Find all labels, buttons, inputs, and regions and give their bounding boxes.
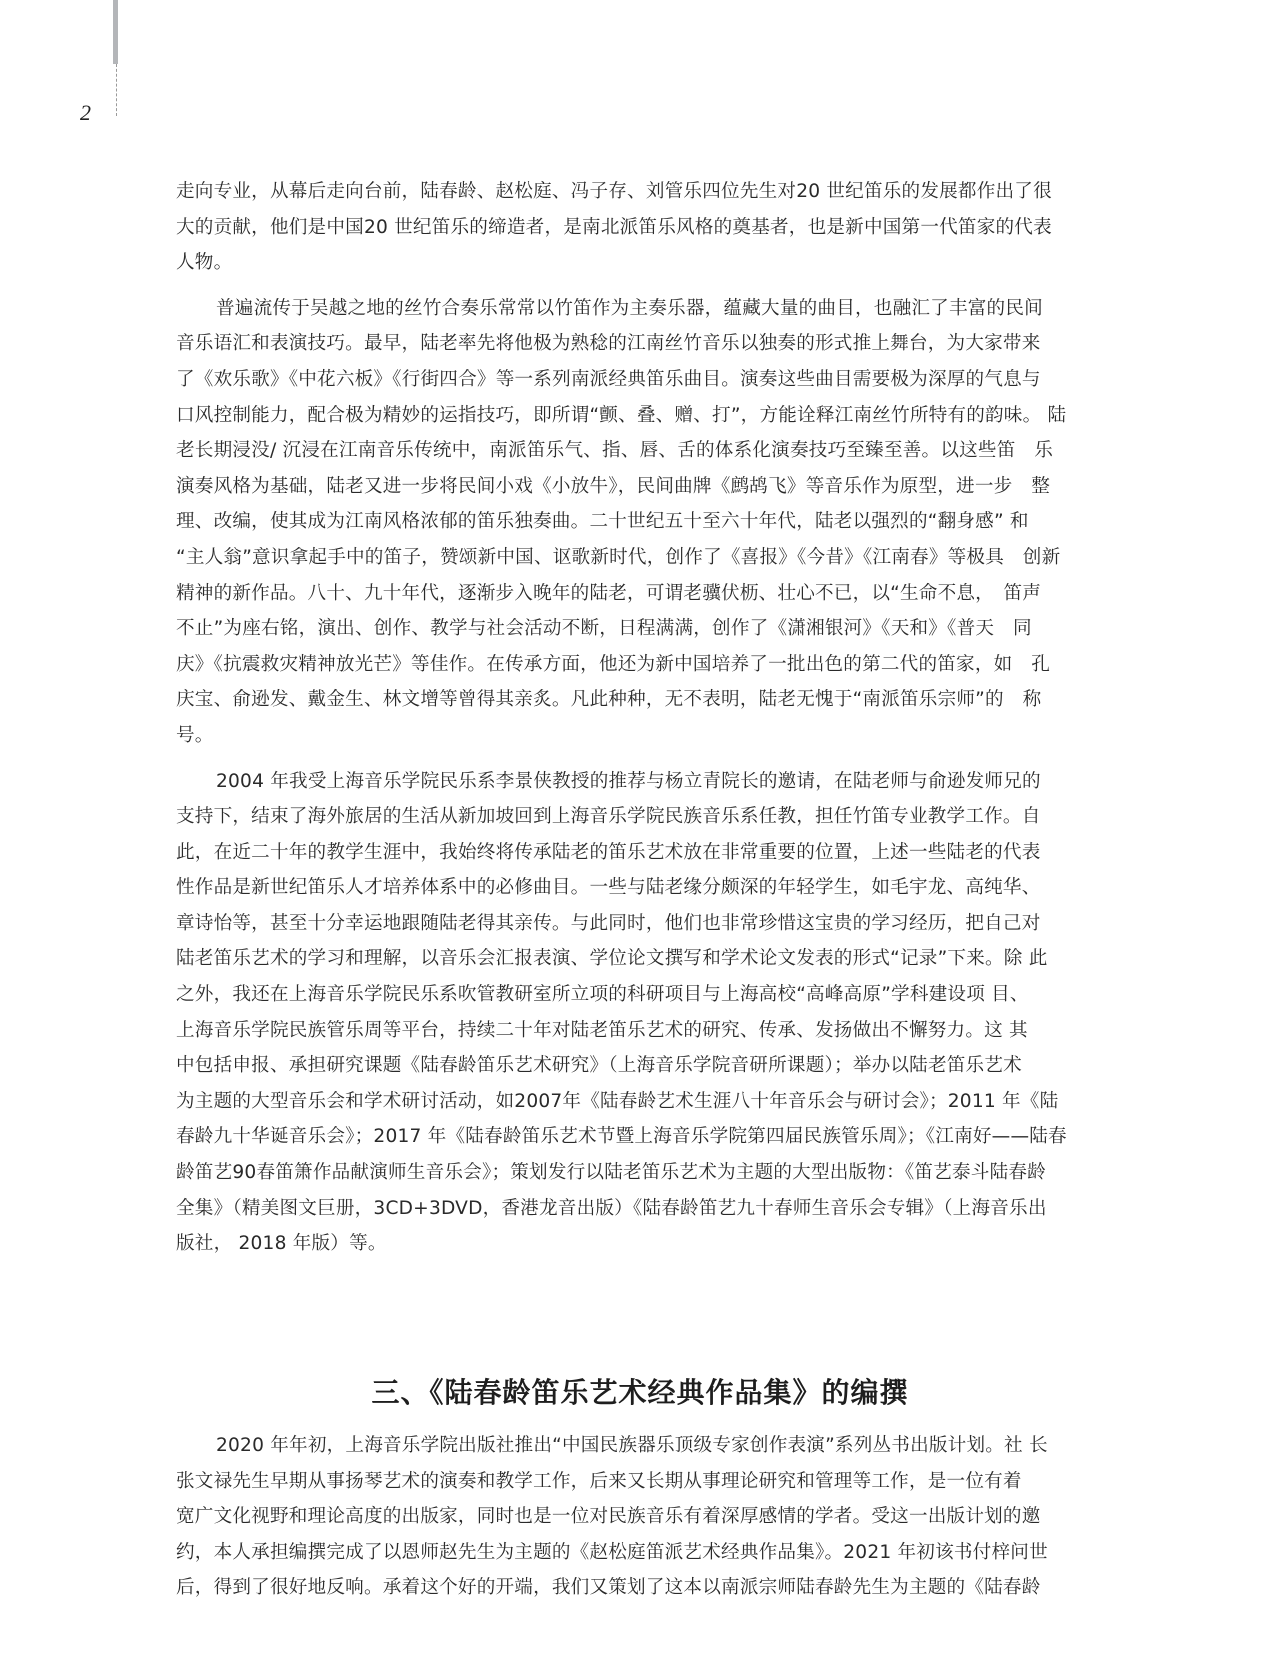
- section-body-text: 2020 年年初，上海音乐学院出版社推出“中国民族器乐顶级专家创作表演”系列丛书…: [176, 1428, 1106, 1606]
- text-line: 此，在近二十年的教学生涯中，我始终将传承陆老的笛乐艺术放在非常重要的位置，上述一…: [176, 835, 1106, 871]
- paragraph-1-continued: 走向专业，从幕后走向台前，陆春龄、赵松庭、冯子存、刘管乐四位先生对20 世纪笛乐…: [176, 174, 1106, 281]
- text-line: 老长期浸没/ 沉浸在江南音乐传统中，南派笛乐气、指、唇、舌的体系化演奏技巧至臻至…: [176, 433, 1106, 469]
- text-line: 2020 年年初，上海音乐学院出版社推出“中国民族器乐顶级专家创作表演”系列丛书…: [176, 1428, 1106, 1464]
- text-line: 人物。: [176, 245, 1106, 281]
- page-number: 2: [80, 100, 91, 126]
- text-line: 之外，我还在上海音乐学院民乐系吹管教研室所立项的科研项目与上海高校“高峰高原”学…: [176, 977, 1106, 1013]
- text-line: 春龄九十华诞音乐会》；2017 年《陆春龄笛乐艺术节暨上海音乐学院第四届民族管乐…: [176, 1119, 1106, 1155]
- text-line: 后，得到了很好地反响。承着这个好的开端，我们又策划了这本以南派宗师陆春龄先生为主…: [176, 1570, 1106, 1606]
- text-line: “主人翁”意识拿起手中的笛子，赞颂新中国、讴歌新时代，创作了《喜报》《今昔》《江…: [176, 540, 1106, 576]
- text-line: 普遍流传于吴越之地的丝竹合奏乐常常以竹笛作为主奏乐器，蕴藏大量的曲目，也融汇了丰…: [176, 291, 1106, 327]
- text-line: 龄笛艺90春笛箫作品献演师生音乐会》；策划发行以陆老笛乐艺术为主题的大型出版物：…: [176, 1155, 1106, 1191]
- binding-dashed-line: [116, 64, 117, 116]
- text-line: 宽广文化视野和理论高度的出版家，同时也是一位对民族音乐有着深厚感情的学者。受这一…: [176, 1499, 1106, 1535]
- text-line: 性作品是新世纪笛乐人才培养体系中的必修曲目。一些与陆老缘分颇深的年轻学生，如毛宇…: [176, 870, 1106, 906]
- text-line: 约，本人承担编撰完成了以恩师赵先生为主题的《赵松庭笛派艺术经典作品集》。2021…: [176, 1535, 1106, 1571]
- text-line: 支持下，结束了海外旅居的生活从新加坡回到上海音乐学院民族音乐系任教，担任竹笛专业…: [176, 799, 1106, 835]
- paragraph-2: 普遍流传于吴越之地的丝竹合奏乐常常以竹笛作为主奏乐器，蕴藏大量的曲目，也融汇了丰…: [176, 291, 1106, 754]
- text-line: 理、改编，使其成为江南风格浓郁的笛乐独奏曲。二十世纪五十至六十年代，陆老以强烈的…: [176, 504, 1106, 540]
- text-line: 音乐语汇和表演技巧。最早，陆老率先将他极为熟稔的江南丝竹音乐以独奏的形式推上舞台…: [176, 326, 1106, 362]
- text-line: 演奏风格为基础，陆老又进一步将民间小戏《小放牛》，民间曲牌《鹧鸪飞》等音乐作为原…: [176, 469, 1106, 505]
- text-line: 了《欢乐歌》《中花六板》《行街四合》等一系列南派经典笛乐曲目。演奏这些曲目需要极…: [176, 362, 1106, 398]
- text-line: 精神的新作品。八十、九十年代，逐渐步入晚年的陆老，可谓老骥伏枥、壮心不已，以“生…: [176, 576, 1106, 612]
- text-line: 中包括申报、承担研究课题《陆春龄笛乐艺术研究》（上海音乐学院音研所课题）；举办以…: [176, 1048, 1106, 1084]
- section-paragraph-1: 2020 年年初，上海音乐学院出版社推出“中国民族器乐顶级专家创作表演”系列丛书…: [176, 1428, 1106, 1606]
- text-line: 不止”为座右铭，演出、创作、教学与社会活动不断，日程满满，创作了《潇湘银河》《天…: [176, 611, 1106, 647]
- text-line: 陆老笛乐艺术的学习和理解，以音乐会汇报表演、学位论文撰写和学术论文发表的形式“记…: [176, 941, 1106, 977]
- binding-edge-bar: [113, 0, 118, 64]
- body-text: 走向专业，从幕后走向台前，陆春龄、赵松庭、冯子存、刘管乐四位先生对20 世纪笛乐…: [176, 174, 1106, 1262]
- text-line: 走向专业，从幕后走向台前，陆春龄、赵松庭、冯子存、刘管乐四位先生对20 世纪笛乐…: [176, 174, 1106, 210]
- text-line: 庆》《抗震救灾精神放光芒》等佳作。在传承方面，他还为新中国培养了一批出色的第二代…: [176, 647, 1106, 683]
- text-line: 张文禄先生早期从事扬琴艺术的演奏和教学工作，后来又长期从事理论研究和管理等工作，…: [176, 1464, 1106, 1500]
- section-heading: 三、《陆春龄笛乐艺术经典作品集》的编撰: [0, 1371, 1280, 1411]
- paragraph-3: 2004 年我受上海音乐学院民乐系李景侠教授的推荐与杨立青院长的邀请，在陆老师与…: [176, 764, 1106, 1262]
- text-line: 2004 年我受上海音乐学院民乐系李景侠教授的推荐与杨立青院长的邀请，在陆老师与…: [176, 764, 1106, 800]
- text-line: 章诗怡等，甚至十分幸运地跟随陆老得其亲传。与此同时，他们也非常珍惜这宝贵的学习经…: [176, 906, 1106, 942]
- text-line: 口风控制能力，配合极为精妙的运指技巧，即所谓“颤、叠、赠、打”，方能诠释江南丝竹…: [176, 398, 1106, 434]
- text-line: 大的贡献，他们是中国20 世纪笛乐的缔造者，是南北派笛乐风格的奠基者，也是新中国…: [176, 210, 1106, 246]
- text-line: 版社， 2018 年版）等。: [176, 1226, 1106, 1262]
- text-line: 为主题的大型音乐会和学术研讨活动，如2007年《陆春龄艺术生涯八十年音乐会与研讨…: [176, 1084, 1106, 1120]
- text-line: 全集》（精美图文巨册，3CD+3DVD，香港龙音出版）《陆春龄笛艺九十春师生音乐…: [176, 1191, 1106, 1227]
- text-line: 号。: [176, 718, 1106, 754]
- text-line: 庆宝、俞逊发、戴金生、林文增等曾得其亲炙。凡此种种，无不表明，陆老无愧于“南派笛…: [176, 682, 1106, 718]
- text-line: 上海音乐学院民族管乐周等平台，持续二十年对陆老笛乐艺术的研究、传承、发扬做出不懈…: [176, 1013, 1106, 1049]
